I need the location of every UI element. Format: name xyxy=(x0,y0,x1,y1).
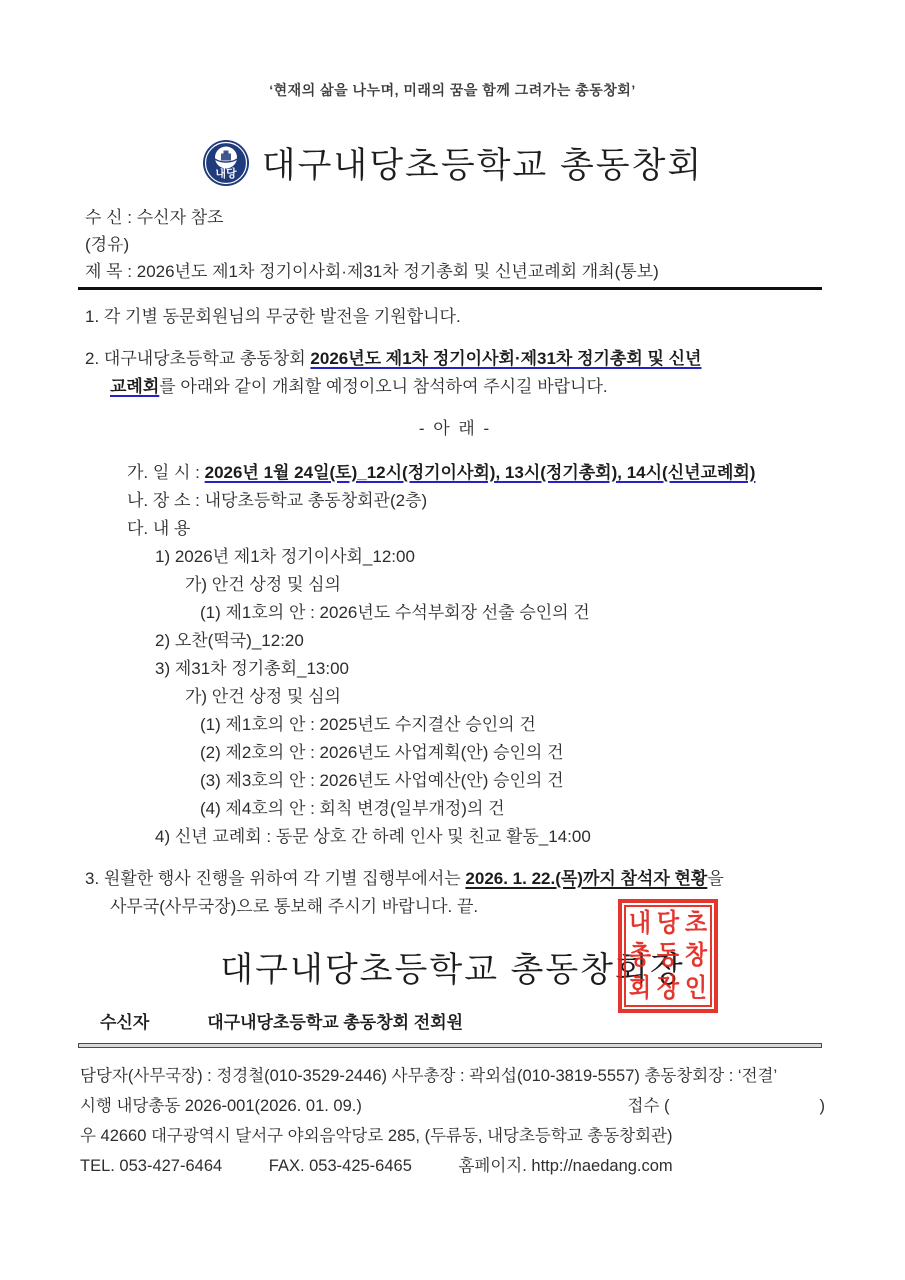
footer-address-line: 우 42660 대구광역시 달서구 야외음악당로 285, (두류동, 내당초등… xyxy=(80,1121,825,1151)
seal-character: 창 xyxy=(685,943,707,968)
body-text-segment: 사무국(사무국장)으로 통보해 주시기 바랍니다. 끝. xyxy=(110,897,478,916)
seal-character: 장 xyxy=(657,976,679,1001)
body-line: 3) 제31차 정기총회_13:00 xyxy=(85,655,825,683)
seal-character: 인 xyxy=(685,976,707,1001)
body-text-segment: 를 아래와 같이 개최할 예정이오니 참석하여 주시길 바랍니다. xyxy=(159,377,607,396)
seal-character: 동 xyxy=(657,943,679,968)
body-text-segment: 2. 대구내당초등학교 총동창회 xyxy=(85,349,310,368)
body-line: 나. 장 소 : 내당초등학교 총동창회관(2층) xyxy=(85,487,825,515)
emphasized-text-segment: 교례회 xyxy=(110,377,159,396)
homepage-url: 홈페이지. http://naedang.com xyxy=(458,1157,672,1175)
footer-divider-bar xyxy=(78,1043,822,1048)
body-text-segment: 을 xyxy=(707,869,723,888)
seal-character: 회 xyxy=(629,976,651,1001)
footer-tel-line: TEL. 053-427-6464 FAX. 053-425-6465 홈페이지… xyxy=(80,1151,825,1181)
body-text-segment: 3. 원활한 행사 진행을 위하여 각 기별 집행부에서는 xyxy=(85,869,465,888)
body-text-segment: 1) 2026년 제1차 정기이사회_12:00 xyxy=(155,547,415,566)
seal-character: 총 xyxy=(629,943,651,968)
body-line: (2) 제2호의 안 : 2026년도 사업계획(안) 승인의 건 xyxy=(85,739,825,767)
body-line: (3) 제3호의 안 : 2026년도 사업예산(안) 승인의 건 xyxy=(85,767,825,795)
body-line: 1. 각 기별 동문회원님의 무궁한 발전을 기원합니다. xyxy=(85,303,825,331)
body-line: 다. 내 용 xyxy=(85,515,825,543)
document-header: 내당 대구내당초등학교 총동창회 xyxy=(0,138,905,188)
body-text-segment: 나. 장 소 : 내당초등학교 총동창회관(2층) xyxy=(127,491,427,510)
body-line: 가. 일 시 : 2026년 1월 24일(토)_12시(정기이사회), 13시… xyxy=(85,459,825,487)
seal-characters: 내당초총동창회장인 xyxy=(624,905,712,1007)
emphasized-text-segment: 2026. 1. 22.(목)까지 참석자 현황 xyxy=(465,869,707,888)
body-text-segment: 3) 제31차 정기총회_13:00 xyxy=(155,659,349,678)
body-line: 3. 원활한 행사 진행을 위하여 각 기별 집행부에서는 2026. 1. 2… xyxy=(85,865,825,893)
recipients-value: 대구내당초등학교 총동창회 전회원 xyxy=(207,1008,463,1033)
footer-issue-line: 시행 내당총동 2026-001(2026. 01. 09.) 접수 () xyxy=(80,1091,825,1121)
subject-divider xyxy=(78,287,822,290)
body-text-segment: 가) 안건 상정 및 심의 xyxy=(185,687,341,706)
slogan-text: ‘현재의 삶을 나누며, 미래의 꿈을 함께 그려가는 총동창회’ xyxy=(0,80,905,100)
recipient-line: 수 신 : 수신자 참조 xyxy=(85,204,825,231)
body-line: (1) 제1호의 안 : 2026년도 수석부회장 선출 승인의 건 xyxy=(85,599,825,627)
via-line: (경유) xyxy=(85,231,825,258)
reception-close: ) xyxy=(820,1097,826,1115)
body-text-segment: (1) 제1호의 안 : 2025년도 수지결산 승인의 건 xyxy=(200,715,536,734)
emphasized-text-segment: 2026년도 제1차 정기이사회·제31차 정기총회 및 신년 xyxy=(310,349,701,368)
body-text-segment: 가. 일 시 : xyxy=(127,463,205,482)
body-line: 1) 2026년 제1차 정기이사회_12:00 xyxy=(85,543,825,571)
tel-number: TEL. 053-427-6464 xyxy=(80,1157,222,1175)
emphasized-text-segment: 2026년 1월 24일(토)_12시(정기이사회), 13시(정기총회), 1… xyxy=(205,463,756,482)
fax-number: FAX. 053-425-6465 xyxy=(269,1157,412,1175)
recipients-label: 수신자 xyxy=(100,1008,149,1033)
document-body: 1. 각 기별 동문회원님의 무궁한 발전을 기원합니다.2. 대구내당초등학교… xyxy=(85,303,825,921)
footer-block: 담당자(사무국장) : 정경철(010-3529-2446) 사무총장 : 곽외… xyxy=(80,1061,825,1181)
body-line: 가) 안건 상정 및 심의 xyxy=(85,571,825,599)
body-text-segment: 4) 신년 교례회 : 동문 상호 간 하례 인사 및 친교 활동_14:00 xyxy=(155,827,591,846)
seal-character: 초 xyxy=(685,911,707,936)
logo-label: 내당 xyxy=(215,166,237,180)
recipients-row: 수신자 대구내당초등학교 총동창회 전회원 xyxy=(100,1008,463,1033)
seal-character: 당 xyxy=(657,911,679,936)
body-text-segment: (3) 제3호의 안 : 2026년도 사업예산(안) 승인의 건 xyxy=(200,771,564,790)
org-title: 대구내당초등학교 총동창회 xyxy=(262,138,703,188)
meta-block: 수 신 : 수신자 참조 (경유) 제 목 : 2026년도 제1차 정기이사회… xyxy=(85,204,825,285)
president-seal-stamp: 내당초총동창회장인 xyxy=(618,899,718,1013)
reception-open: 접수 ( xyxy=(628,1097,670,1115)
school-logo-icon: 내당 xyxy=(202,139,250,187)
body-text-segment: 다. 내 용 xyxy=(127,519,190,538)
signature-title: 대구내당초등학교 총동창회장 xyxy=(0,942,905,991)
body-text-segment: - 아 래 - xyxy=(419,419,491,438)
body-text-segment: 2) 오찬(떡국)_12:20 xyxy=(155,631,304,650)
body-line: 2. 대구내당초등학교 총동창회 2026년도 제1차 정기이사회·제31차 정… xyxy=(85,345,825,373)
body-line: (4) 제4호의 안 : 회칙 변경(일부개정)의 건 xyxy=(85,795,825,823)
subject-line: 제 목 : 2026년도 제1차 정기이사회·제31차 정기총회 및 신년교례회… xyxy=(85,258,825,285)
body-text-segment: 1. 각 기별 동문회원님의 무궁한 발전을 기원합니다. xyxy=(85,307,461,326)
body-text-segment: (4) 제4호의 안 : 회칙 변경(일부개정)의 건 xyxy=(200,799,505,818)
body-line: 4) 신년 교례회 : 동문 상호 간 하례 인사 및 친교 활동_14:00 xyxy=(85,823,825,851)
body-line: - 아 래 - xyxy=(85,415,825,443)
seal-character: 내 xyxy=(629,911,651,936)
issue-number: 시행 내당총동 2026-001(2026. 01. 09.) xyxy=(80,1097,362,1115)
body-line: (1) 제1호의 안 : 2025년도 수지결산 승인의 건 xyxy=(85,711,825,739)
body-text-segment: (1) 제1호의 안 : 2026년도 수석부회장 선출 승인의 건 xyxy=(200,603,590,622)
document-page: ‘현재의 삶을 나누며, 미래의 꿈을 함께 그려가는 총동창회’ 내당 대구내… xyxy=(0,0,905,1280)
body-text-segment: (2) 제2호의 안 : 2026년도 사업계획(안) 승인의 건 xyxy=(200,743,564,762)
body-line: 2) 오찬(떡국)_12:20 xyxy=(85,627,825,655)
footer-contacts-line: 담당자(사무국장) : 정경철(010-3529-2446) 사무총장 : 곽외… xyxy=(80,1061,825,1091)
body-line: 교례회를 아래와 같이 개최할 예정이오니 참석하여 주시길 바랍니다. xyxy=(85,373,825,401)
body-text-segment: 가) 안건 상정 및 심의 xyxy=(185,575,341,594)
body-line: 가) 안건 상정 및 심의 xyxy=(85,683,825,711)
reception-field: 접수 () xyxy=(628,1091,825,1121)
